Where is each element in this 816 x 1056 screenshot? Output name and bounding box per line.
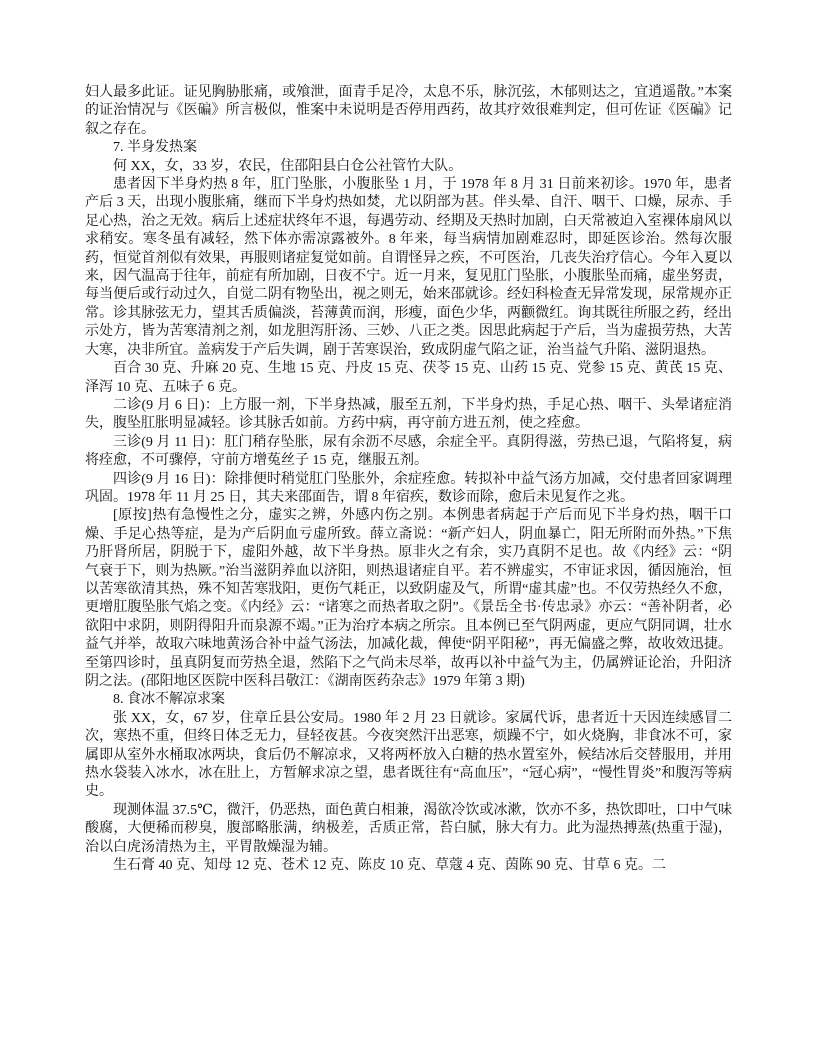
case-7-heading: 7. 半身发热案 (85, 139, 732, 157)
case-7-editor-note: [原按]热有急慢性之分，虚实之辨，外感内伤之别。本例患者病起于产后而见下半身灼热… (85, 507, 732, 691)
case-7-history: 患者因下半身灼热 8 年，肛门坠胀，小腹胀坠 1 月，于 1978 年 8 月 … (85, 176, 732, 360)
case-7-second-visit: 二诊(9 月 6 日)：上方服一剂，下半身热减，服至五剂，下半身灼热，手足心热、… (85, 397, 732, 434)
case-7-fourth-visit: 四诊(9 月 16 日)：除排便时稍觉肛门坠胀外，余症痊愈。转拟补中益气汤方加减… (85, 471, 732, 508)
case-8-patient-info: 张 XX，女，67 岁，住章丘县公安局。1980 年 2 月 23 日就诊。家属… (85, 710, 732, 802)
paragraph-continuation: 妇人最多此证。证见胸胁胀痛，或飧泄，面青手足冷，太息不乐，脉沉弦，木郁则达之，宜… (85, 84, 732, 139)
document-page: 妇人最多此证。证见胸胁胀痛，或飧泄，面青手足冷，太息不乐，脉沉弦，木郁则达之，宜… (0, 0, 816, 1056)
case-8-heading: 8. 食冰不解凉求案 (85, 691, 732, 709)
case-8-examination: 现测体温 37.5℃，微汗，仍恶热，面色黄白相兼，渴欲冷饮或冰漱，饮亦不多，热饮… (85, 802, 732, 857)
case-8-prescription: 生石膏 40 克、知母 12 克、苍术 12 克、陈皮 10 克、草蔻 4 克、… (85, 857, 732, 875)
case-7-prescription: 百合 30 克、升麻 20 克、生地 15 克、丹皮 15 克、茯苓 15 克、… (85, 360, 732, 397)
case-7-third-visit: 三诊(9 月 11 日)：肛门稍存坠胀，尿有余沥不尽感，余症全平。真阴得滋，劳热… (85, 434, 732, 471)
case-7-patient-info: 何 XX，女，33 岁，农民，住邵阳县白仓公社管竹大队。 (85, 158, 732, 176)
